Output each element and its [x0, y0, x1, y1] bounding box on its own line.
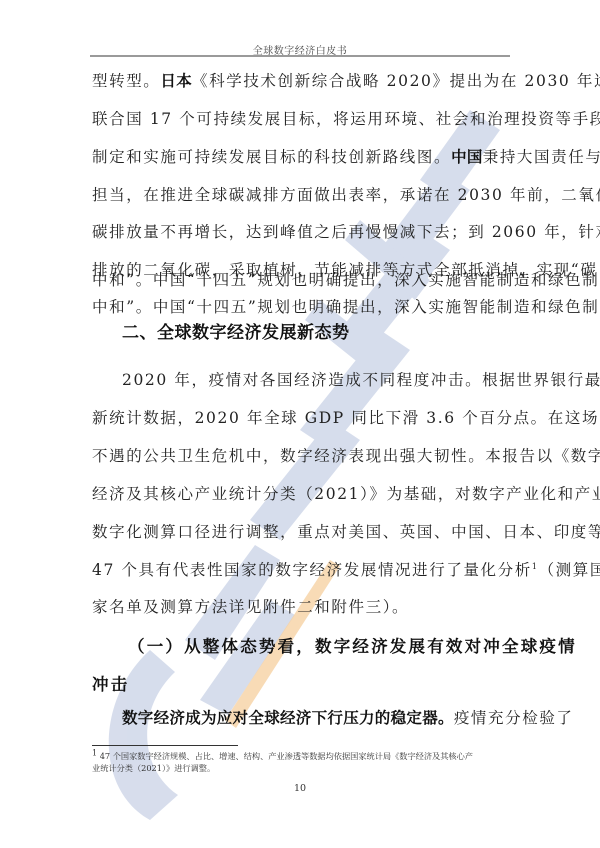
header-rule — [90, 55, 510, 57]
paragraph-line: 47 个具有代表性国家的数字经济发展情况进行了量化分析1（测算国 — [92, 560, 512, 580]
paragraph-line: 数字经济成为应对全球经济下行压力的稳定器。疫情充分检验了 — [122, 708, 512, 728]
section-heading: 二、全球数字经济发展新态势 — [122, 318, 350, 343]
footnote-ref[interactable]: 1 — [532, 562, 539, 571]
text-run: 秉持大国责任与 — [483, 148, 600, 166]
paragraph-line: 经济及其核心产业统计分类（2021）》为基础，对数字产业化和产业 — [92, 484, 512, 504]
paragraph-line: 新统计数据，2020 年全球 GDP 同比下滑 3.6 个百分点。在这场百年 — [92, 408, 512, 428]
bold-text: 数字经济成为应对全球经济下行压力的稳定器。 — [122, 709, 454, 727]
text-run: 型转型。 — [92, 72, 160, 90]
footnote: 1 47 个国家数字经济规模、占比、增速、结构、产业渗透等数据均依据国家统计局《… — [92, 750, 522, 762]
text-run: 制定和实施可持续发展目标的科技创新路线图。 — [92, 148, 451, 166]
paragraph-line: 碳排放量不再增长，达到峰值之后再慢慢减下去；到 2060 年，针对 — [92, 222, 512, 242]
paragraph-line: 中和”。中国“十四五”规划也明确提出，深入实施智能制造和绿色制 — [92, 270, 512, 290]
paragraph-line: 不遇的公共卫生危机中，数字经济表现出强大韧性。本报告以《数字 — [92, 446, 512, 466]
page-number: 10 — [0, 783, 600, 794]
paragraph-line: 制定和实施可持续发展目标的科技创新路线图。中国秉持大国责任与 — [92, 147, 512, 167]
text-run: 《科学技术创新综合战略 2020》提出为在 2030 年达成 — [192, 72, 600, 90]
paragraph-line: 担当，在推进全球碳减排方面做出表率，承诺在 2030 年前，二氧化 — [92, 185, 512, 205]
paragraph-line: 中和”。中国“十四五”规划也明确提出，深入实施智能制造和绿色制 — [92, 297, 512, 317]
text-run: 疫情充分检验了 — [454, 709, 574, 727]
footnote-text: 47 个国家数字经济规模、占比、增速、结构、产业渗透等数据均依据国家统计局《数字… — [100, 751, 473, 761]
subsection-heading: （一）从整体态势看，数字经济发展有效对冲全球疫情 — [128, 633, 518, 657]
paragraph-line: 家名单及测算方法详见附件二和附件三）。 — [92, 597, 512, 617]
document-page: 全球数字经济白皮书 型转型。日本《科学技术创新综合战略 2020》提出为在 20… — [0, 0, 600, 848]
footnote-marker: 1 — [92, 748, 97, 757]
paragraph-line: 联合国 17 个可持续发展目标，将运用环境、社会和治理投资等手段， — [92, 109, 512, 129]
footnote-rule — [92, 745, 238, 746]
text-run: （测算国 — [539, 561, 600, 579]
bold-text: 中国 — [451, 148, 483, 166]
footnote-continued: 业统计分类（2021）》进行调整。 — [92, 762, 522, 774]
bold-text: 日本 — [160, 72, 192, 90]
subsection-heading-continued: 冲击 — [92, 671, 482, 695]
paragraph-line: 2020 年，疫情对各国经济造成不同程度冲击。根据世界银行最 — [122, 370, 512, 390]
text-run: 47 个具有代表性国家的数字经济发展情况进行了量化分析 — [92, 561, 532, 579]
paragraph-line: 型转型。日本《科学技术创新综合战略 2020》提出为在 2030 年达成 — [92, 71, 512, 91]
paragraph-line: 数字化测算口径进行调整，重点对美国、英国、中国、日本、印度等 — [92, 522, 512, 542]
